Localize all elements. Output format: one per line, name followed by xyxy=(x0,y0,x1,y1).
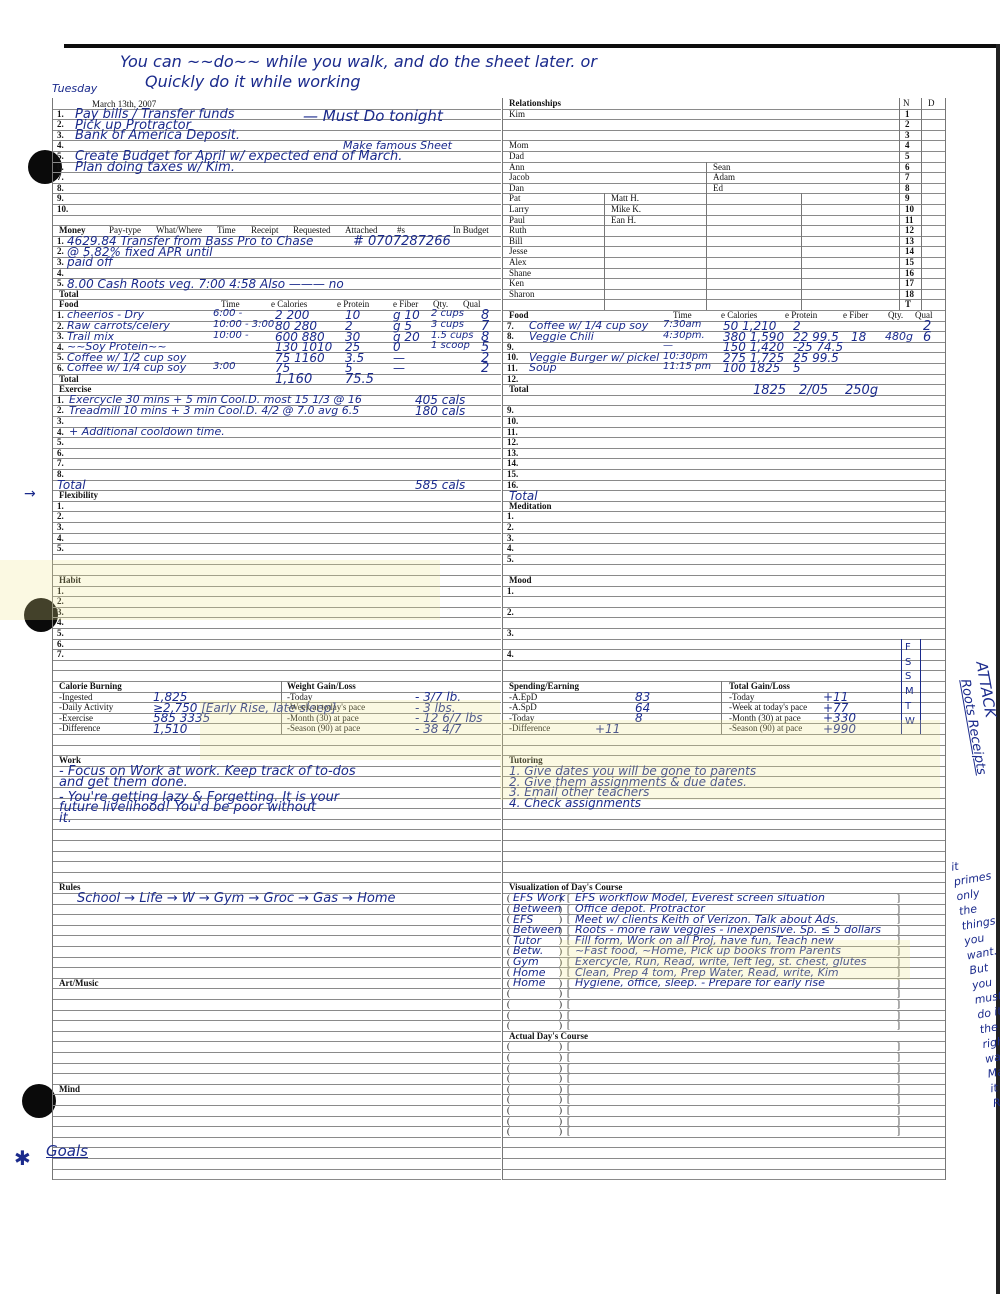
money-row-number-value: # 0707287266 xyxy=(353,234,451,249)
bracket-close: ] xyxy=(897,893,900,903)
top-note-line2: Quickly do it while working xyxy=(145,72,361,91)
bracket-close: ] xyxy=(897,1063,900,1073)
food-total-calories: 1,160 xyxy=(275,372,312,387)
exercise-right-row: 15. xyxy=(507,469,518,479)
food-header: e Protein xyxy=(785,310,817,320)
todo-extra: — Must Do tonight xyxy=(303,107,443,125)
relationship-name: Adam xyxy=(713,172,735,182)
flexibility-row: 4. xyxy=(57,533,64,543)
week-letter: M xyxy=(905,686,914,697)
paren-open: ( xyxy=(507,1052,510,1062)
paren-close: ) xyxy=(559,1073,562,1083)
ruled-line xyxy=(53,1169,501,1181)
relationship-name: Matt H. xyxy=(611,193,639,203)
bracket-open: [ xyxy=(567,925,570,935)
money-header: In Budget xyxy=(453,225,489,235)
exercise-right-row: 10. xyxy=(507,416,518,426)
week-letter: T xyxy=(905,701,911,712)
food-header: Qual xyxy=(463,299,481,309)
todo-number: 7. xyxy=(57,172,64,182)
habit-row: 5. xyxy=(57,628,64,638)
food-qual: 6 xyxy=(923,330,931,345)
relationship-name: Ken xyxy=(509,278,524,288)
weight-title: Weight Gain/Loss xyxy=(287,681,356,691)
divider xyxy=(801,193,802,310)
food-calories: 100 1825 xyxy=(723,361,780,375)
mind-title: Mind xyxy=(59,1084,80,1094)
relationship-number: 12 xyxy=(905,225,914,235)
relationship-number: 15 xyxy=(905,257,914,267)
relationship-number: 8 xyxy=(905,183,910,193)
food-row-number: 3. xyxy=(57,331,64,341)
total-gain-title: Total Gain/Loss xyxy=(729,681,790,691)
relationship-name: Kim xyxy=(509,109,525,119)
paren-open: ( xyxy=(507,1094,510,1104)
paren-close: ) xyxy=(559,1116,562,1126)
food-total-label: Total xyxy=(509,384,529,394)
money-row-text: 8.00 Cash Roots veg. 7:00 4:58 Also ——— … xyxy=(67,277,344,291)
relationship-number: 17 xyxy=(905,278,914,288)
exercise-cals: 180 cals xyxy=(415,404,465,418)
paren-open: ( xyxy=(507,1020,510,1030)
divider xyxy=(706,162,707,310)
exercise-total-cals: 585 cals xyxy=(415,478,465,492)
relationship-number: 5 xyxy=(905,151,910,161)
bracket-close: ] xyxy=(897,925,900,935)
exercise-row-number: 5. xyxy=(57,437,64,447)
bracket-close: ] xyxy=(897,1010,900,1020)
rules-line: School → Life → W → Gym → Groc → Gas → H… xyxy=(77,891,396,906)
relationship-name: Jesse xyxy=(509,246,528,256)
arrow-icon: → xyxy=(24,486,36,502)
relationship-number: 3 xyxy=(905,130,910,140)
exercise-right-row: 12. xyxy=(507,437,518,447)
food-header: Qty. xyxy=(888,310,903,320)
exercise-row-number: 6. xyxy=(57,448,64,458)
food-fiber: 18 xyxy=(851,330,866,344)
relationship-name: Sharon xyxy=(509,289,535,299)
money-row-text: paid off xyxy=(67,255,113,269)
food-time: 10:30pm xyxy=(663,351,708,362)
work-line: future livelihood! You'd be poor without xyxy=(59,800,316,815)
bracket-close: ] xyxy=(897,1116,900,1126)
paren-open: ( xyxy=(507,999,510,1009)
col-n-header: N xyxy=(903,98,910,108)
paren-close: ) xyxy=(559,1010,562,1020)
bracket-open: [ xyxy=(567,1010,570,1020)
week-letter: S xyxy=(905,671,911,682)
food-time: 3:00 xyxy=(213,361,235,372)
food-row-number: 4. xyxy=(57,342,64,352)
paper-stain xyxy=(560,940,910,980)
todo-item: Plan doing taxes w/ Kim. xyxy=(75,160,235,175)
todo-number: 10. xyxy=(57,204,68,214)
punch-hole xyxy=(22,1084,56,1118)
paren-open: ( xyxy=(507,1105,510,1115)
top-note-line1: You can ~~do~~ while you walk, and do th… xyxy=(120,52,597,71)
habit-row: 7. xyxy=(57,649,64,659)
relationship-name: Alex xyxy=(509,257,527,267)
calorie-burning-title: Calorie Burning xyxy=(59,681,122,691)
bracket-open: [ xyxy=(567,988,570,998)
paren-open: ( xyxy=(507,946,510,956)
bracket-close: ] xyxy=(897,999,900,1009)
total-gain-label: -Today xyxy=(729,692,754,702)
exercise-row-number: 3. xyxy=(57,416,64,426)
bracket-close: ] xyxy=(897,1073,900,1083)
day-handwritten: Tuesday xyxy=(52,82,97,95)
ruled-line xyxy=(503,1169,945,1181)
spending-label: -A.EpD xyxy=(509,692,537,702)
todo-number: 1. xyxy=(57,109,64,119)
paren-open: ( xyxy=(507,935,510,945)
bracket-open: [ xyxy=(567,904,570,914)
relationships-title: Relationships xyxy=(509,98,561,108)
mood-title: Mood xyxy=(509,575,532,585)
food-item: Coffee w/ 1/4 cup soy xyxy=(67,361,186,374)
divider xyxy=(921,98,922,310)
relationship-number: 18 xyxy=(905,289,914,299)
exercise-right-row: 14. xyxy=(507,458,518,468)
meditation-row: 5. xyxy=(507,554,514,564)
divider xyxy=(604,193,605,310)
paren-open: ( xyxy=(507,1041,510,1051)
food-qty: 2 cups xyxy=(431,308,464,319)
goals-label: Goals xyxy=(46,1142,88,1160)
relationship-number: 6 xyxy=(905,162,910,172)
star-icon: ✱ xyxy=(14,1146,31,1170)
visualization-row-slot: Home xyxy=(513,976,545,989)
food-total-fiber: 250g xyxy=(845,383,878,398)
exercise-right-row: 13. xyxy=(507,448,518,458)
relationship-number: 2 xyxy=(905,119,910,129)
paren-close: ) xyxy=(559,1063,562,1073)
meditation-title: Meditation xyxy=(509,501,552,511)
relationship-number: 13 xyxy=(905,236,914,246)
bracket-open: [ xyxy=(567,1116,570,1126)
meditation-row: 1. xyxy=(507,511,514,521)
calorie-label: -Difference xyxy=(59,723,100,733)
exercise-text: Treadmill 10 mins + 3 min Cool.D. 4/2 @ … xyxy=(69,404,359,417)
food-fiber: — xyxy=(393,361,405,375)
relationship-name: Shane xyxy=(509,268,531,278)
food-protein: 5 xyxy=(793,361,801,375)
relationship-name: Mike K. xyxy=(611,204,641,214)
paren-close: ) xyxy=(559,1105,562,1115)
paren-open: ( xyxy=(507,1073,510,1083)
week-letter: S xyxy=(905,657,911,668)
flexibility-row: 3. xyxy=(57,522,64,532)
bracket-open: [ xyxy=(567,1052,570,1062)
paren-open: ( xyxy=(507,1126,510,1136)
food-row-number: 1. xyxy=(57,310,64,320)
mood-row: 1. xyxy=(507,586,514,596)
relationship-number: 9 xyxy=(905,193,910,203)
bracket-close: ] xyxy=(897,1084,900,1094)
paren-close: ) xyxy=(559,999,562,1009)
paren-open: ( xyxy=(507,967,510,977)
money-row-number: 4. xyxy=(57,268,64,278)
relationship-number: 4 xyxy=(905,140,910,150)
food-row-number: 7. xyxy=(507,321,514,331)
food-time: 6:00 - xyxy=(213,308,242,319)
bracket-close: ] xyxy=(897,988,900,998)
bracket-open: [ xyxy=(567,1041,570,1051)
bracket-open: [ xyxy=(567,1126,570,1136)
food-time: 11:15 pm xyxy=(663,361,711,372)
paren-open: ( xyxy=(507,893,510,903)
bracket-close: ] xyxy=(897,914,900,924)
relationship-number: 16 xyxy=(905,268,914,278)
paren-open: ( xyxy=(507,988,510,998)
paper-stain xyxy=(500,720,940,800)
margin-note-right-bottom: it primes only the things you want. But … xyxy=(950,853,1000,1111)
right-column: RelationshipsND1Kim234Mom5Dad6AnnSean7Ja… xyxy=(502,98,946,1180)
bracket-open: [ xyxy=(567,914,570,924)
relationship-name: Bill xyxy=(509,236,523,246)
left-column: 1.Pay bills / Transfer funds— Must Do to… xyxy=(52,98,501,1180)
bracket-close: ] xyxy=(897,1052,900,1062)
calorie-label: -Exercise xyxy=(59,713,93,723)
food-row-number: 12. xyxy=(507,374,518,384)
bracket-close: ] xyxy=(897,1105,900,1115)
food-row-number: 2. xyxy=(57,321,64,331)
relationship-name: Jacob xyxy=(509,172,530,182)
paren-open: ( xyxy=(507,1010,510,1020)
money-total-label: Total xyxy=(59,289,79,299)
bracket-open: [ xyxy=(567,893,570,903)
food-row-number: 8. xyxy=(507,331,514,341)
food-total-protein: 75.5 xyxy=(345,372,374,387)
exercise-right-row: 9. xyxy=(507,405,514,415)
food-qty: 1 scoop xyxy=(431,340,470,351)
exercise-row-number: 1. xyxy=(57,395,64,405)
spending-title: Spending/Earning xyxy=(509,681,579,691)
paren-open: ( xyxy=(507,1116,510,1126)
bracket-open: [ xyxy=(567,1063,570,1073)
food-row-number: 11. xyxy=(507,363,518,373)
week-letter: F xyxy=(905,642,911,653)
paren-open: ( xyxy=(507,914,510,924)
money-row-number: 2. xyxy=(57,246,64,256)
food-time: 10:00 - 3:00 xyxy=(213,319,274,330)
relationship-name: Dad xyxy=(509,151,524,161)
meditation-row: 2. xyxy=(507,522,514,532)
bracket-open: [ xyxy=(567,1020,570,1030)
art-music-title: Art/Music xyxy=(59,978,99,988)
paren-close: ) xyxy=(559,1084,562,1094)
food-item: Soup xyxy=(529,361,557,374)
relationship-name: Larry xyxy=(509,204,529,214)
calorie-value: 1,510 xyxy=(153,722,187,736)
col-d-header: D xyxy=(928,98,935,108)
food-time: 7:30am xyxy=(663,319,701,330)
paren-close: ) xyxy=(559,1126,562,1136)
paren-close: ) xyxy=(559,1041,562,1051)
todo-number: 9. xyxy=(57,193,64,203)
paren-close: ) xyxy=(559,1094,562,1104)
actual-title: Actual Day's Course xyxy=(509,1031,588,1041)
meditation-row: 4. xyxy=(507,543,514,553)
meditation-row: 3. xyxy=(507,533,514,543)
relationship-number: T xyxy=(905,299,911,309)
todo-number: 5. xyxy=(57,151,64,161)
exercise-text: + Additional cooldown time. xyxy=(69,425,225,438)
food-row-number: 5. xyxy=(57,352,64,362)
bracket-open: [ xyxy=(567,1073,570,1083)
flexibility-row: 1. xyxy=(57,501,64,511)
total-gain-label: -Week at today's pace xyxy=(729,702,807,712)
exercise-right-row: 11. xyxy=(507,427,518,437)
exercise-row-number: 2. xyxy=(57,405,64,415)
bracket-close: ] xyxy=(897,1094,900,1104)
relationship-name: Ean H. xyxy=(611,215,636,225)
spending-label: -A.SpD xyxy=(509,702,537,712)
todo-number: 3. xyxy=(57,130,64,140)
money-row-number: 1. xyxy=(57,236,64,246)
todo-number: 4. xyxy=(57,140,64,150)
money-row-number: 3. xyxy=(57,257,64,267)
divider xyxy=(899,98,900,310)
relationship-name: Paul xyxy=(509,215,525,225)
relationship-number: 11 xyxy=(905,215,914,225)
bracket-open: [ xyxy=(567,1094,570,1104)
scan-top-edge xyxy=(64,44,1000,48)
work-line: and get them done. xyxy=(59,775,188,790)
food-total-protein: 2/05 xyxy=(799,383,828,398)
flexibility-row: 5. xyxy=(57,543,64,553)
bracket-open: [ xyxy=(567,999,570,1009)
mood-row: 2. xyxy=(507,607,514,617)
relationship-name: Dan xyxy=(509,183,524,193)
calorie-label: -Ingested xyxy=(59,692,93,702)
flexibility-title: Flexibility xyxy=(59,490,98,500)
relationship-number: 7 xyxy=(905,172,910,182)
food-qty: 480g xyxy=(885,330,913,343)
bracket-close: ] xyxy=(897,1020,900,1030)
relationship-number: 10 xyxy=(905,204,914,214)
bracket-open: [ xyxy=(567,1105,570,1115)
food-row-number: 9. xyxy=(507,342,514,352)
bracket-open: [ xyxy=(567,1084,570,1094)
food-time: — xyxy=(663,340,673,351)
paren-close: ) xyxy=(559,1020,562,1030)
money-row-number: 5. xyxy=(57,278,64,288)
todo-number: 2. xyxy=(57,119,64,129)
relationship-name: Ann xyxy=(509,162,525,172)
food-total-calories: 1825 xyxy=(753,383,786,398)
paren-open: ( xyxy=(507,978,510,988)
bracket-close: ] xyxy=(897,1041,900,1051)
relationship-number: 14 xyxy=(905,246,914,256)
exercise-row-number: 7. xyxy=(57,458,64,468)
food-total-label: Total xyxy=(59,374,79,384)
relationship-number: 1 xyxy=(905,109,910,119)
food-qual: 2 xyxy=(481,361,489,376)
bracket-close: ] xyxy=(897,1126,900,1136)
relationship-name: Pat xyxy=(509,193,521,203)
paren-open: ( xyxy=(507,904,510,914)
exercise-row-number: 4. xyxy=(57,427,64,437)
food-item: Veggie Chili xyxy=(529,330,594,343)
food-header: e Fiber xyxy=(843,310,868,320)
habit-row: 6. xyxy=(57,639,64,649)
relationship-name: Mom xyxy=(509,140,529,150)
paren-open: ( xyxy=(507,957,510,967)
food-right-title: Food xyxy=(509,310,529,320)
flexibility-row: 2. xyxy=(57,511,64,521)
relationship-name: Ruth xyxy=(509,225,527,235)
food-qty: 1.5 cups xyxy=(431,330,473,341)
paren-open: ( xyxy=(507,1084,510,1094)
todo-item: Bank of America Deposit. xyxy=(75,128,240,143)
calorie-label: -Daily Activity xyxy=(59,702,113,712)
relationship-name: Sean xyxy=(713,162,731,172)
paren-open: ( xyxy=(507,1063,510,1073)
todo-number: 6. xyxy=(57,162,64,172)
paper-stain xyxy=(200,700,500,760)
paren-open: ( xyxy=(507,925,510,935)
bracket-close: ] xyxy=(897,904,900,914)
paper-stain xyxy=(0,560,440,620)
food-row-number: 6. xyxy=(57,363,64,373)
paren-close: ) xyxy=(559,1052,562,1062)
todo-number: 8. xyxy=(57,183,64,193)
mood-row: 4. xyxy=(507,649,514,659)
food-row-number: 10. xyxy=(507,352,518,362)
food-qty: 3 cups xyxy=(431,319,464,330)
relationship-name: Ed xyxy=(713,183,723,193)
food-time: 4:30pm. xyxy=(663,330,705,341)
paren-close: ) xyxy=(559,988,562,998)
food-time: 10:00 - xyxy=(213,330,249,341)
mood-row: 3. xyxy=(507,628,514,638)
work-line: it. xyxy=(59,811,72,826)
